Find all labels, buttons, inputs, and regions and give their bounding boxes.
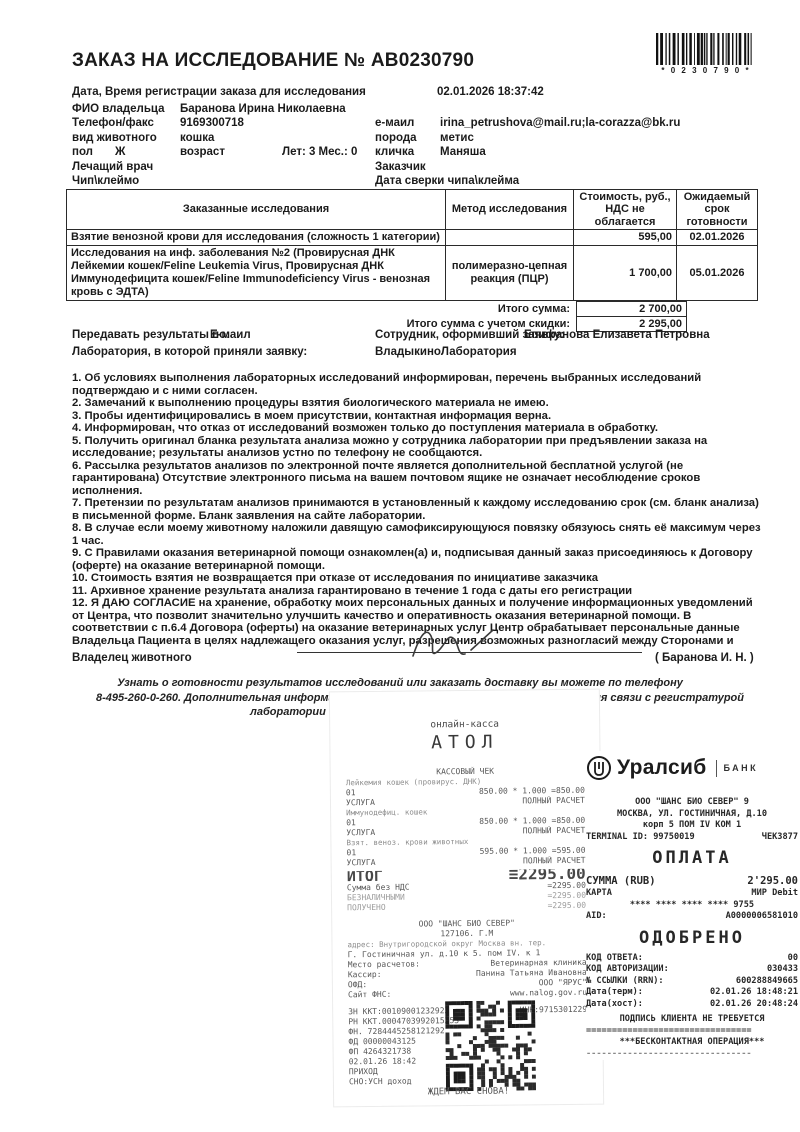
bank-line-right: 600288849665 (736, 976, 798, 988)
bank-line: МОСКВА, УЛ. ГОСТИНИЧНАЯ, Д.10 (586, 809, 798, 821)
table-header: Заказанные исследования (67, 190, 446, 230)
bank-line: № ССЫЛКИ (RRN):600288849665 (586, 976, 798, 988)
bank-line-right: ЧЕК3877 (762, 832, 798, 844)
receipt-line-right: ПОЛНЫЙ РАСЧЕТ (522, 796, 585, 807)
bank-line-right: 02.01.26 20:48:24 (710, 999, 798, 1011)
table-cell: Исследования на инф. заболевания №2 (Про… (67, 245, 446, 300)
breed-label: порода (375, 132, 417, 144)
receipt-line-left: УСЛУГА (347, 858, 376, 868)
receipt-line-right: www.nalog.gov.ru (510, 988, 587, 999)
bank-line: ОПЛАТА (586, 846, 798, 870)
receipt-line-left: УСЛУГА (346, 798, 375, 808)
term-item: 4. Информирован, что отказ от исследован… (72, 422, 761, 435)
bank-line-right: A0000006581010 (726, 911, 798, 923)
receipt-line: УСЛУГАПОЛНЫЙ РАСЧЕТ (347, 856, 586, 869)
bank-brand: Уралсиб (617, 756, 707, 780)
bank-line-left: Дата(терм): (586, 987, 643, 999)
term-item: 7. Претензии по результатам анализов при… (72, 497, 761, 522)
table-cell: Взятие венозной крови для исследования (… (67, 229, 446, 245)
receipt-line-right: =2295.00 (547, 881, 586, 891)
info-row: Телефон/факс 9169300718 е-маил irina_pet… (72, 117, 760, 131)
registration-row: Дата, Время регистрации заказа для иссле… (72, 86, 760, 98)
term-item: 11. Архивное хранение результата анализа… (72, 585, 761, 598)
receipt-line-right: =2295.00 (548, 901, 587, 911)
receipt-line-left: БЕЗНАЛИЧНЫМИ (347, 893, 405, 904)
results-row: Передавать результаты по: Е-маил Сотрудн… (72, 329, 760, 346)
lab-label: Лаборатория, в которой приняли заявку: (72, 346, 307, 358)
employee-value: Епифанова Елизавета Петровна (524, 329, 710, 341)
receipt-line-left: 01 (346, 818, 356, 828)
table-header: Стоимость, руб., НДС не облагается (574, 190, 677, 230)
receipt-line-right: ≡2295.00 (509, 869, 586, 880)
bank-line-left: № ССЫЛКИ (RRN): (586, 976, 664, 988)
age-label: возраст (180, 146, 225, 158)
bank-brand-divider (716, 760, 717, 777)
uralsib-logo-icon (586, 755, 612, 781)
receipt-line-left: 01 (346, 788, 356, 798)
owner-label: ФИО владельца (72, 103, 165, 115)
email-value: irina_petrushova@mail.ru;la-corazza@bk.r… (440, 117, 680, 129)
bank-line: Дата(хост):02.01.26 20:48:24 (586, 999, 798, 1011)
table-row: Взятие венозной крови для исследования (… (67, 229, 758, 245)
term-item: 3. Пробы идентифицировались в моем прису… (72, 410, 761, 423)
term-item: 10. Стоимость взятия не возвращается при… (72, 572, 761, 585)
bank-line-left: Дата(хост): (586, 999, 643, 1011)
bank-line-right: 00 (788, 953, 798, 965)
table-cell: 595,00 (574, 229, 677, 245)
receipt-line-left: Сумма без НДС (347, 883, 410, 894)
info-row: Лечащий врач Заказчик (72, 161, 760, 175)
footer-line2-left: 8-495-260-0-260. Дополнительная информац… (96, 691, 355, 706)
species-value: кошка (180, 132, 214, 144)
atol-cash-receipt: онлайн-касса АТОЛ КАССОВЫЙ ЧЕКЛейкемия к… (329, 689, 604, 1108)
bank-line: КОД АВТОРИЗАЦИИ:030433 (586, 964, 798, 976)
info-row: ФИО владельца Баранова Ирина Николаевна (72, 103, 760, 117)
registration-label: Дата, Время регистрации заказа для иссле… (72, 86, 366, 98)
bank-line: корп 5 ПОМ IV КОМ 1 (586, 820, 798, 832)
receipt-line-left: УСЛУГА (346, 828, 375, 838)
bank-line: СУММА (RUB)2'295.00 (586, 874, 798, 888)
receipt-line: ИТОГ≡2295.00 (347, 869, 586, 882)
scanned-lab-order-page: ЗАКАЗ НА ИССЛЕДОВАНИЕ № АВ0230790 * 0 2 … (0, 0, 800, 1132)
bank-line: ПОДПИСЬ КЛИЕНТА НЕ ТРЕБУЕТСЯ (586, 1014, 798, 1026)
owner-value: Баранова Ирина Николаевна (180, 103, 346, 115)
bank-line: ОДОБРЕНО (586, 926, 798, 950)
page-title: ЗАКАЗ НА ИССЛЕДОВАНИЕ № АВ0230790 (72, 50, 474, 72)
sex-value: Ж (115, 146, 125, 158)
bank-line: **** **** **** **** 9755 (586, 900, 798, 912)
bank-line: КАРТАМИР Debit (586, 888, 798, 900)
bank-line-left: КОД ОТВЕТА: (586, 953, 643, 965)
bank-line-right: МИР Debit (751, 888, 798, 900)
transfer-label: Передавать результаты по: (72, 329, 230, 341)
table-cell: 1 700,00 (574, 245, 677, 300)
receipt-line-right: ПОЛНЫЙ РАСЧЕТ (523, 826, 586, 837)
receipt-line-left: Место расчетов: (348, 959, 420, 970)
email-label: е-маил (375, 117, 414, 129)
terms-list: 1. Об условиях выполнения лабораторных и… (72, 372, 761, 648)
receipt-line: Сайт ФНС:www.nalog.gov.ru (348, 988, 587, 1001)
species-label: вид животного (72, 132, 157, 144)
receipt-line-left: ОФД: (348, 980, 367, 990)
age-value: Лет: 3 Мес.: 0 (282, 146, 357, 158)
bank-line-left: TERMINAL ID: 99750019 (586, 832, 695, 844)
table-cell: 02.01.2026 (677, 229, 758, 245)
footer-line1: Узнать о готовности результатов исследов… (56, 676, 744, 691)
bank-line: -------------------------------- (586, 1049, 798, 1061)
bank-logo-row: Уралсиб БАНК (586, 755, 798, 781)
uralsib-card-slip: Уралсиб БАНК ООО "ШАНС БИО СЕВЕР" 9МОСКВ… (586, 751, 798, 1060)
term-item: 5. Получить оригинал бланка результата а… (72, 435, 761, 460)
nickname-label: кличка (375, 146, 414, 158)
bank-brand-suffix: БАНК (724, 763, 759, 773)
qr-code (445, 1000, 536, 1091)
order-table-grid: Заказанные исследованияМетод исследовани… (66, 189, 758, 301)
bank-line-right: 02.01.26 18:48:21 (710, 987, 798, 999)
table-cell: полимеразно-цепная реакция (ПЦР) (446, 245, 574, 300)
bank-line: ================================ (586, 1026, 798, 1038)
vet-label: Лечащий врач (72, 161, 153, 173)
table-header: Ожидаемый срок готовности (677, 190, 758, 230)
signature-scribble (407, 626, 527, 660)
bank-line: TERMINAL ID: 99750019ЧЕК3877 (586, 832, 798, 844)
bank-line-right: 030433 (767, 964, 798, 976)
table-header: Метод исследования (446, 190, 574, 230)
chip-check-label: Дата сверки чипа\клейма (375, 175, 519, 187)
signature-name: ( Баранова И. Н. ) (655, 652, 754, 664)
bank-line-left: КОД АВТОРИЗАЦИИ: (586, 964, 669, 976)
sex-label: пол (72, 146, 93, 158)
receipt-line-right: ПОЛНЫЙ РАСЧЕТ (523, 856, 586, 867)
receipt-line-left: Сайт ФНС: (348, 990, 391, 1000)
bank-line-left: AID: (586, 911, 607, 923)
barcode-bars (655, 33, 757, 65)
bank-line: ООО "ШАНС БИО СЕВЕР" 9 (586, 797, 798, 809)
bank-line-left: СУММА (RUB) (586, 874, 656, 888)
signature-line (297, 652, 642, 653)
total-value: 2 700,00 (576, 301, 687, 317)
bank-line: КОД ОТВЕТА:00 (586, 953, 798, 965)
term-item: 1. Об условиях выполнения лабораторных и… (72, 372, 761, 397)
receipt-line-left: 01 (346, 848, 356, 858)
phone-label: Телефон/факс (72, 117, 154, 129)
registration-datetime: 02.01.2026 18:37:42 (437, 86, 544, 98)
receipt-line-left: Кассир: (348, 970, 382, 980)
results-block: Передавать результаты по: Е-маил Сотрудн… (72, 329, 760, 362)
total-label: Итого сумма: (66, 303, 576, 315)
info-row: Чип\клеймо Дата сверки чипа\клейма (72, 175, 760, 189)
receipt-atol-brand: АТОЛ (345, 731, 584, 755)
transfer-value: Е-маил (210, 329, 251, 341)
receipt-line-left: ПОЛУЧЕНО (347, 903, 386, 913)
bank-line: Дата(терм):02.01.26 18:48:21 (586, 987, 798, 999)
bank-line-right: 2'295.00 (747, 874, 798, 888)
signature-label: Владелец животного (72, 652, 192, 664)
barcode-digits: * 0 2 3 0 7 9 0 * (651, 66, 761, 75)
table-cell: 05.01.2026 (677, 245, 758, 300)
customer-label: Заказчик (375, 161, 426, 173)
total-row: Итого сумма:2 700,00 (66, 301, 757, 317)
table-row: Исследования на инф. заболевания №2 (Про… (67, 245, 758, 300)
info-row: пол Ж возраст Лет: 3 Мес.: 0 кличка Маня… (72, 146, 760, 160)
term-item: 6. Рассылка результатов анализов по элек… (72, 460, 761, 498)
chip-label: Чип\клеймо (72, 175, 139, 187)
table-cell (446, 229, 574, 245)
owner-info-block: ФИО владельца Баранова Ирина Николаевна … (72, 103, 760, 189)
receipt-footer: ЖДЕМ ВАС СНОВА! (334, 1086, 603, 1099)
order-table: Заказанные исследованияМетод исследовани… (66, 189, 757, 332)
lab-value: ВладыкиноЛаборатория (375, 346, 517, 358)
receipt-line-left: ИТОГ (347, 871, 383, 881)
receipt-line: ПОЛУЧЕНО=2295.00 (347, 901, 586, 914)
receipt-line-right: =2295.00 (547, 891, 586, 901)
breed-value: метис (440, 132, 474, 144)
receipt-line-right: ООО "ЯРУС" (539, 978, 587, 989)
bank-line: AID:A0000006581010 (586, 911, 798, 923)
term-item: 2. Замечаний к выполнению процедуры взят… (72, 397, 761, 410)
term-item: 8. В случае если моему животному наложил… (72, 522, 761, 547)
nickname-value: Маняша (440, 146, 486, 158)
receipt-kassa-label: онлайн-касса (345, 718, 584, 732)
term-item: 9. С Правилами оказания ветеринарной пом… (72, 547, 761, 572)
signature-row: Владелец животного ( Баранова И. Н. ) (72, 650, 760, 674)
bank-line: ***БЕСКОНТАКТНАЯ ОПЕРАЦИЯ*** (586, 1037, 798, 1049)
info-row: вид животного кошка порода метис (72, 132, 760, 146)
phone-value: 9169300718 (180, 117, 244, 129)
bank-line-left: КАРТА (586, 888, 612, 900)
bank-lines: ООО "ШАНС БИО СЕВЕР" 9МОСКВА, УЛ. ГОСТИН… (586, 797, 798, 1060)
results-row: Лаборатория, в которой приняли заявку: В… (72, 346, 760, 363)
barcode: * 0 2 3 0 7 9 0 * (651, 33, 761, 75)
